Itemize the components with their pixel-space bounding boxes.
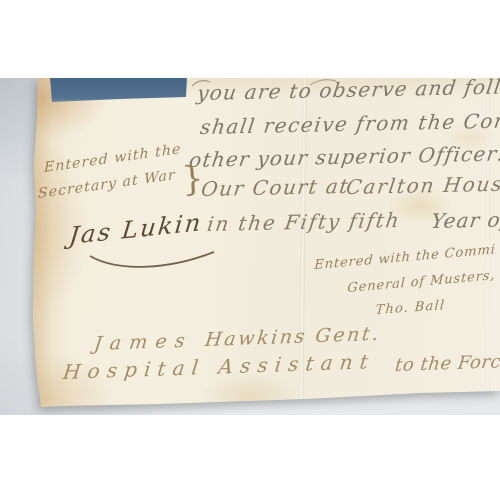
recipient-role-left: Hospital Assistant xyxy=(62,351,376,382)
document-photograph: you are to observe and follow su shall r… xyxy=(0,0,500,500)
margin-brace: } xyxy=(181,162,205,197)
muster-note-line-2: General of Musters, xyxy=(347,269,496,295)
recipient-surname: Hawkins Gent. xyxy=(204,325,382,350)
handwriting-line-1: you are to observe and follow su xyxy=(196,78,500,103)
handwriting-line-4-right: Carlton Hous xyxy=(345,174,500,197)
recipient-role-right: to the Forces. xyxy=(394,352,500,375)
handwriting-line-5-left: in the Fifty fifth xyxy=(206,210,402,234)
secretary-signature: Jas Lukin xyxy=(68,210,204,248)
photo-background: you are to observe and follow su shall r… xyxy=(0,78,500,415)
handwriting-line-3: other your superior Officer: accor xyxy=(188,142,500,170)
recipient-first-name: James xyxy=(93,332,194,354)
handwriting-line-2: shall receive from the Commande xyxy=(199,109,500,137)
parchment-shadow: you are to observe and follow su shall r… xyxy=(0,78,500,415)
handwriting-line-5-right: Year of xyxy=(430,209,500,231)
muster-note-line-3: Tho. Ball xyxy=(375,299,446,317)
parchment-document: you are to observe and follow su shall r… xyxy=(0,78,500,415)
handwriting-line-4-left: Our Court at xyxy=(200,176,351,199)
muster-note-line-1: Entered with the Commi xyxy=(314,243,496,272)
signature-flourish xyxy=(88,248,218,274)
